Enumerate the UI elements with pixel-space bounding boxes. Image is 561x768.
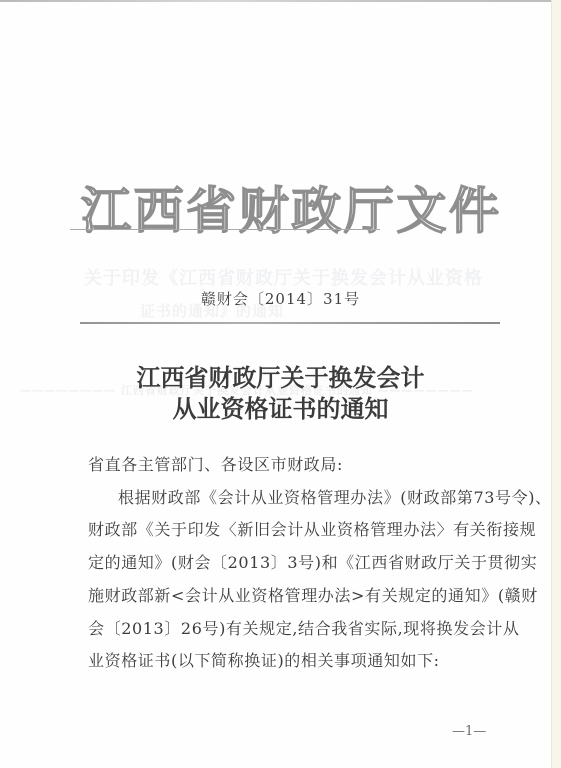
masthead-strike-line: [70, 229, 380, 230]
salutation: 省直各主管部门、各设区市财政局:: [88, 457, 343, 473]
body-line: 财政部《关于印发〈新旧会计从业资格管理办法〉有关衔接规: [88, 522, 536, 538]
body-line: 施财政部新<会计从业资格管理办法>有关规定的通知》(赣财: [88, 588, 538, 604]
page-number: —1—: [452, 724, 486, 739]
masthead-char: 件: [448, 186, 500, 236]
document-title-line-2: 从业资格证书的通知: [0, 397, 561, 421]
body-line: 定的通知》(财会〔2013〕3号)和《江西省财政厅关于贯彻实: [88, 555, 537, 571]
header-divider: [80, 322, 500, 324]
masthead-char: 文: [395, 186, 447, 236]
body-line: 业资格证书(以下简称换证)的相关事项通知如下:: [88, 653, 440, 669]
masthead: 江 西 省 财 政 厅 文 件: [80, 176, 500, 246]
body-line: 会〔2013〕26号)有关规定,结合我省实际,现将换发会计从: [88, 621, 520, 637]
bleed-through-text-1: 关于印发《江西省财政厅关于换发会计从业资格: [84, 264, 483, 290]
body-line: 根据财政部《会计从业资格管理办法》(财政部第73号令)、: [118, 490, 552, 506]
scanned-page: 关于印发《江西省财政厅关于换发会计从业资格 证书的通知》的通知 ————————…: [0, 0, 561, 768]
scan-top-edge: [0, 0, 552, 2]
document-number: 赣财会〔2014〕31号: [0, 288, 561, 309]
document-title-line-1: 江西省财政厅关于换发会计: [0, 366, 561, 390]
